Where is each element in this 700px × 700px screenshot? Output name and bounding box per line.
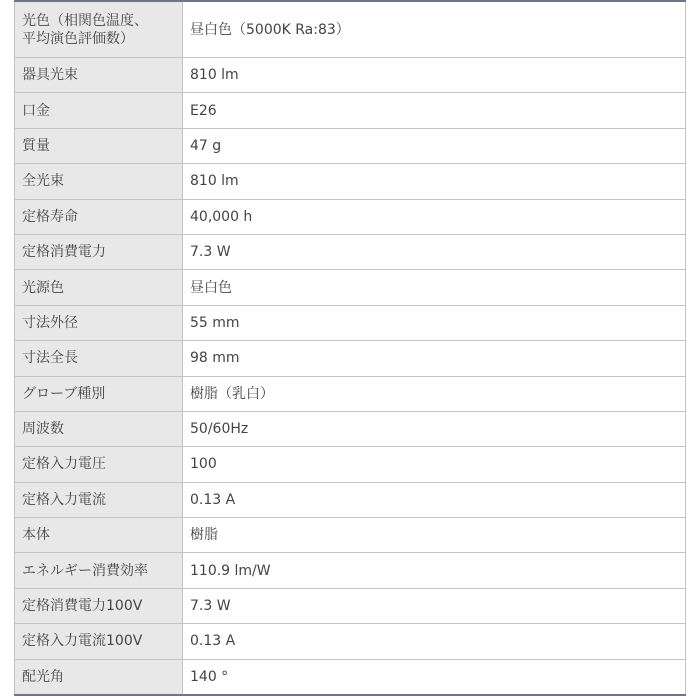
- row-label-line: 光色（相関色温度、: [22, 12, 182, 30]
- row-label: 配光角: [15, 659, 183, 695]
- table-row: 配光角140 °: [15, 659, 686, 695]
- row-label: エネルギー消費効率: [15, 553, 183, 588]
- row-label: 本体: [15, 518, 183, 553]
- table-row: 定格入力電流100V0.13 A: [15, 624, 686, 659]
- row-value: 7.3 W: [183, 588, 686, 623]
- row-label: 寸法外径: [15, 305, 183, 340]
- table-row: 光源色昼白色: [15, 270, 686, 305]
- table-row: 光色（相関色温度、 平均演色評価数） 昼白色（5000K Ra:83）: [15, 1, 686, 58]
- table-row: 寸法全長98 mm: [15, 341, 686, 376]
- row-label: 口金: [15, 93, 183, 128]
- row-value: 樹脂（乳白）: [183, 376, 686, 411]
- row-label: 全光束: [15, 164, 183, 199]
- row-label: 周波数: [15, 411, 183, 446]
- row-value: 110.9 lm/W: [183, 553, 686, 588]
- row-label: 定格消費電力: [15, 234, 183, 269]
- row-value: 40,000 h: [183, 199, 686, 234]
- row-label: 光色（相関色温度、 平均演色評価数）: [15, 1, 183, 58]
- row-value: 7.3 W: [183, 234, 686, 269]
- row-value: 0.13 A: [183, 624, 686, 659]
- table-row: 定格消費電力7.3 W: [15, 234, 686, 269]
- row-label: 定格入力電圧: [15, 447, 183, 482]
- table-row: 質量47 g: [15, 128, 686, 163]
- row-value: 55 mm: [183, 305, 686, 340]
- row-value: 98 mm: [183, 341, 686, 376]
- table-row: 定格消費電力100V7.3 W: [15, 588, 686, 623]
- table-row: 定格入力電圧100: [15, 447, 686, 482]
- table-row: 器具光束810 lm: [15, 58, 686, 93]
- row-value: 昼白色（5000K Ra:83）: [183, 1, 686, 58]
- row-value: 昼白色: [183, 270, 686, 305]
- row-label: 定格入力電流100V: [15, 624, 183, 659]
- row-label-line: 平均演色評価数）: [22, 30, 182, 48]
- table-row: 周波数50/60Hz: [15, 411, 686, 446]
- spec-table: 光色（相関色温度、 平均演色評価数） 昼白色（5000K Ra:83） 器具光束…: [14, 0, 686, 696]
- row-value: 樹脂: [183, 518, 686, 553]
- row-label: 定格入力電流: [15, 482, 183, 517]
- row-value: 810 lm: [183, 58, 686, 93]
- row-label: 器具光束: [15, 58, 183, 93]
- row-value: 100: [183, 447, 686, 482]
- row-value: 810 lm: [183, 164, 686, 199]
- row-label: 定格寿命: [15, 199, 183, 234]
- table-row: グローブ種別樹脂（乳白）: [15, 376, 686, 411]
- row-label: 質量: [15, 128, 183, 163]
- row-value: 0.13 A: [183, 482, 686, 517]
- row-value: 140 °: [183, 659, 686, 695]
- table-row: エネルギー消費効率110.9 lm/W: [15, 553, 686, 588]
- table-row: 寸法外径55 mm: [15, 305, 686, 340]
- row-label: 寸法全長: [15, 341, 183, 376]
- row-label: 定格消費電力100V: [15, 588, 183, 623]
- row-value: 50/60Hz: [183, 411, 686, 446]
- table-row: 本体樹脂: [15, 518, 686, 553]
- table-row: 口金E26: [15, 93, 686, 128]
- table-row: 定格入力電流0.13 A: [15, 482, 686, 517]
- table-row: 全光束810 lm: [15, 164, 686, 199]
- table-row: 定格寿命40,000 h: [15, 199, 686, 234]
- row-label: グローブ種別: [15, 376, 183, 411]
- row-value: E26: [183, 93, 686, 128]
- row-value: 47 g: [183, 128, 686, 163]
- row-label: 光源色: [15, 270, 183, 305]
